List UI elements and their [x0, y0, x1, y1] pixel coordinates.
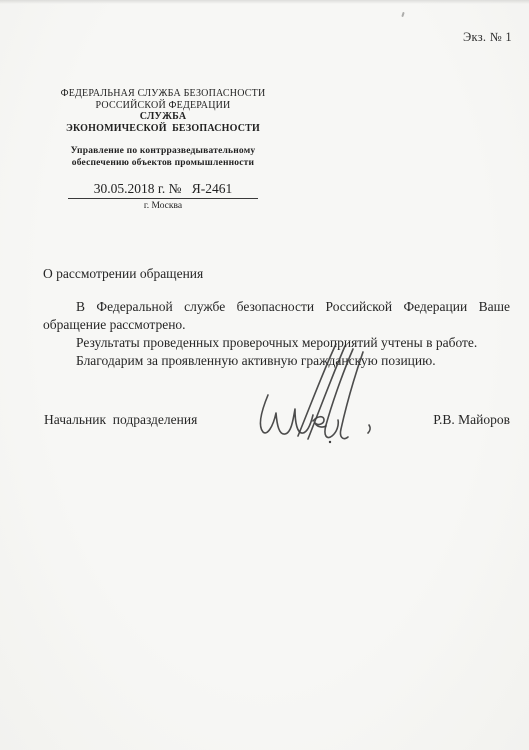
letterhead-line-service-2: ЭКОНОМИЧЕСКОЙ БЕЗОПАСНОСТИ: [38, 123, 288, 135]
body-paragraph: Благодарим за проявленную активную гражд…: [43, 352, 510, 370]
date-block: 30.05.2018 г. № Я-2461 г. Москва: [38, 180, 288, 212]
body-paragraph: Результаты проведенных проверочных мероп…: [43, 334, 510, 352]
date-and-number: 30.05.2018 г. № Я-2461: [68, 181, 258, 199]
scan-speckle: [401, 12, 404, 17]
department-line-2: обеспечению объектов промышленности: [38, 158, 288, 170]
letterhead-line-service-1: СЛУЖБА: [38, 111, 288, 123]
city-label: г. Москва: [38, 201, 288, 212]
copy-number: Экз. № 1: [463, 30, 512, 45]
signature-row: Начальник подразделения Р.В. Майоров: [44, 412, 510, 428]
signer-name: Р.В. Майоров: [433, 412, 510, 428]
scanned-letter-page: Экз. № 1 ФЕДЕРАЛЬНАЯ СЛУЖБА БЕЗОПАСНОСТИ…: [0, 0, 529, 750]
letterhead: ФЕДЕРАЛЬНАЯ СЛУЖБА БЕЗОПАСНОСТИ РОССИЙСК…: [38, 88, 288, 212]
signer-position-title: Начальник подразделения: [44, 412, 197, 428]
department-block: Управление по контрразведывательному обе…: [38, 146, 288, 169]
body-paragraph: В Федеральной службе безопасности Россий…: [43, 298, 510, 334]
department-line-1: Управление по контрразведывательному: [38, 146, 288, 158]
letter-body: В Федеральной службе безопасности Россий…: [43, 298, 510, 370]
subject-line: О рассмотрении обращения: [43, 266, 203, 282]
letterhead-line-agency-2: РОССИЙСКОЙ ФЕДЕРАЦИИ: [38, 100, 288, 112]
letterhead-line-agency-1: ФЕДЕРАЛЬНАЯ СЛУЖБА БЕЗОПАСНОСТИ: [38, 88, 288, 100]
